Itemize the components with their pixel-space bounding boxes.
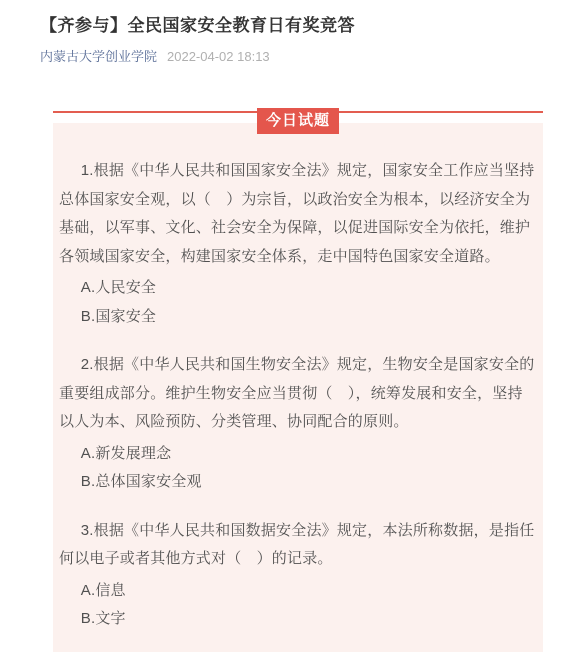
question-3-option-a: A.信息 bbox=[59, 577, 537, 606]
account-link[interactable]: 内蒙古大学创业学院 bbox=[40, 49, 157, 64]
quiz-panel: 1.根据《中华人民共和国国家安全法》规定，国家安全工作应当坚持总体国家安全观，以… bbox=[53, 123, 543, 652]
question-1-option-b: B.国家安全 bbox=[59, 303, 537, 332]
question-text-1: 1.根据《中华人民共和国国家安全法》规定，国家安全工作应当坚持总体国家安全观，以… bbox=[59, 157, 537, 271]
badge-wrap: 今日试题 bbox=[53, 108, 543, 134]
publish-timestamp: 2022-04-02 18:13 bbox=[167, 49, 270, 64]
question-text-2: 2.根据《中华人民共和国生物安全法》规定，生物安全是国家安全的重要组成部分。维护… bbox=[59, 351, 537, 437]
today-quiz-section: 今日试题 1.根据《中华人民共和国国家安全法》规定，国家安全工作应当坚持总体国家… bbox=[53, 111, 543, 652]
article-header: 【齐参与】全民国家安全教育日有奖竞答 内蒙古大学创业学院2022-04-02 1… bbox=[0, 0, 564, 66]
today-quiz-badge: 今日试题 bbox=[257, 108, 339, 134]
question-2-option-a: A.新发展理念 bbox=[59, 440, 537, 469]
question-2-option-b: B.总体国家安全观 bbox=[59, 468, 537, 497]
question-text-3: 3.根据《中华人民共和国数据安全法》规定，本法所称数据，是指任何以电子或者其他方… bbox=[59, 517, 537, 574]
article-page: 【齐参与】全民国家安全教育日有奖竞答 内蒙古大学创业学院2022-04-02 1… bbox=[0, 0, 564, 652]
question-3-option-b: B.文字 bbox=[59, 605, 537, 634]
question-block-2: 2.根据《中华人民共和国生物安全法》规定，生物安全是国家安全的重要组成部分。维护… bbox=[59, 351, 537, 497]
question-block-3: 3.根据《中华人民共和国数据安全法》规定，本法所称数据，是指任何以电子或者其他方… bbox=[59, 517, 537, 634]
article-meta: 内蒙古大学创业学院2022-04-02 18:13 bbox=[40, 48, 543, 66]
question-block-1: 1.根据《中华人民共和国国家安全法》规定，国家安全工作应当坚持总体国家安全观，以… bbox=[59, 157, 537, 331]
article-title: 【齐参与】全民国家安全教育日有奖竞答 bbox=[40, 13, 543, 38]
question-1-option-a: A.人民安全 bbox=[59, 274, 537, 303]
